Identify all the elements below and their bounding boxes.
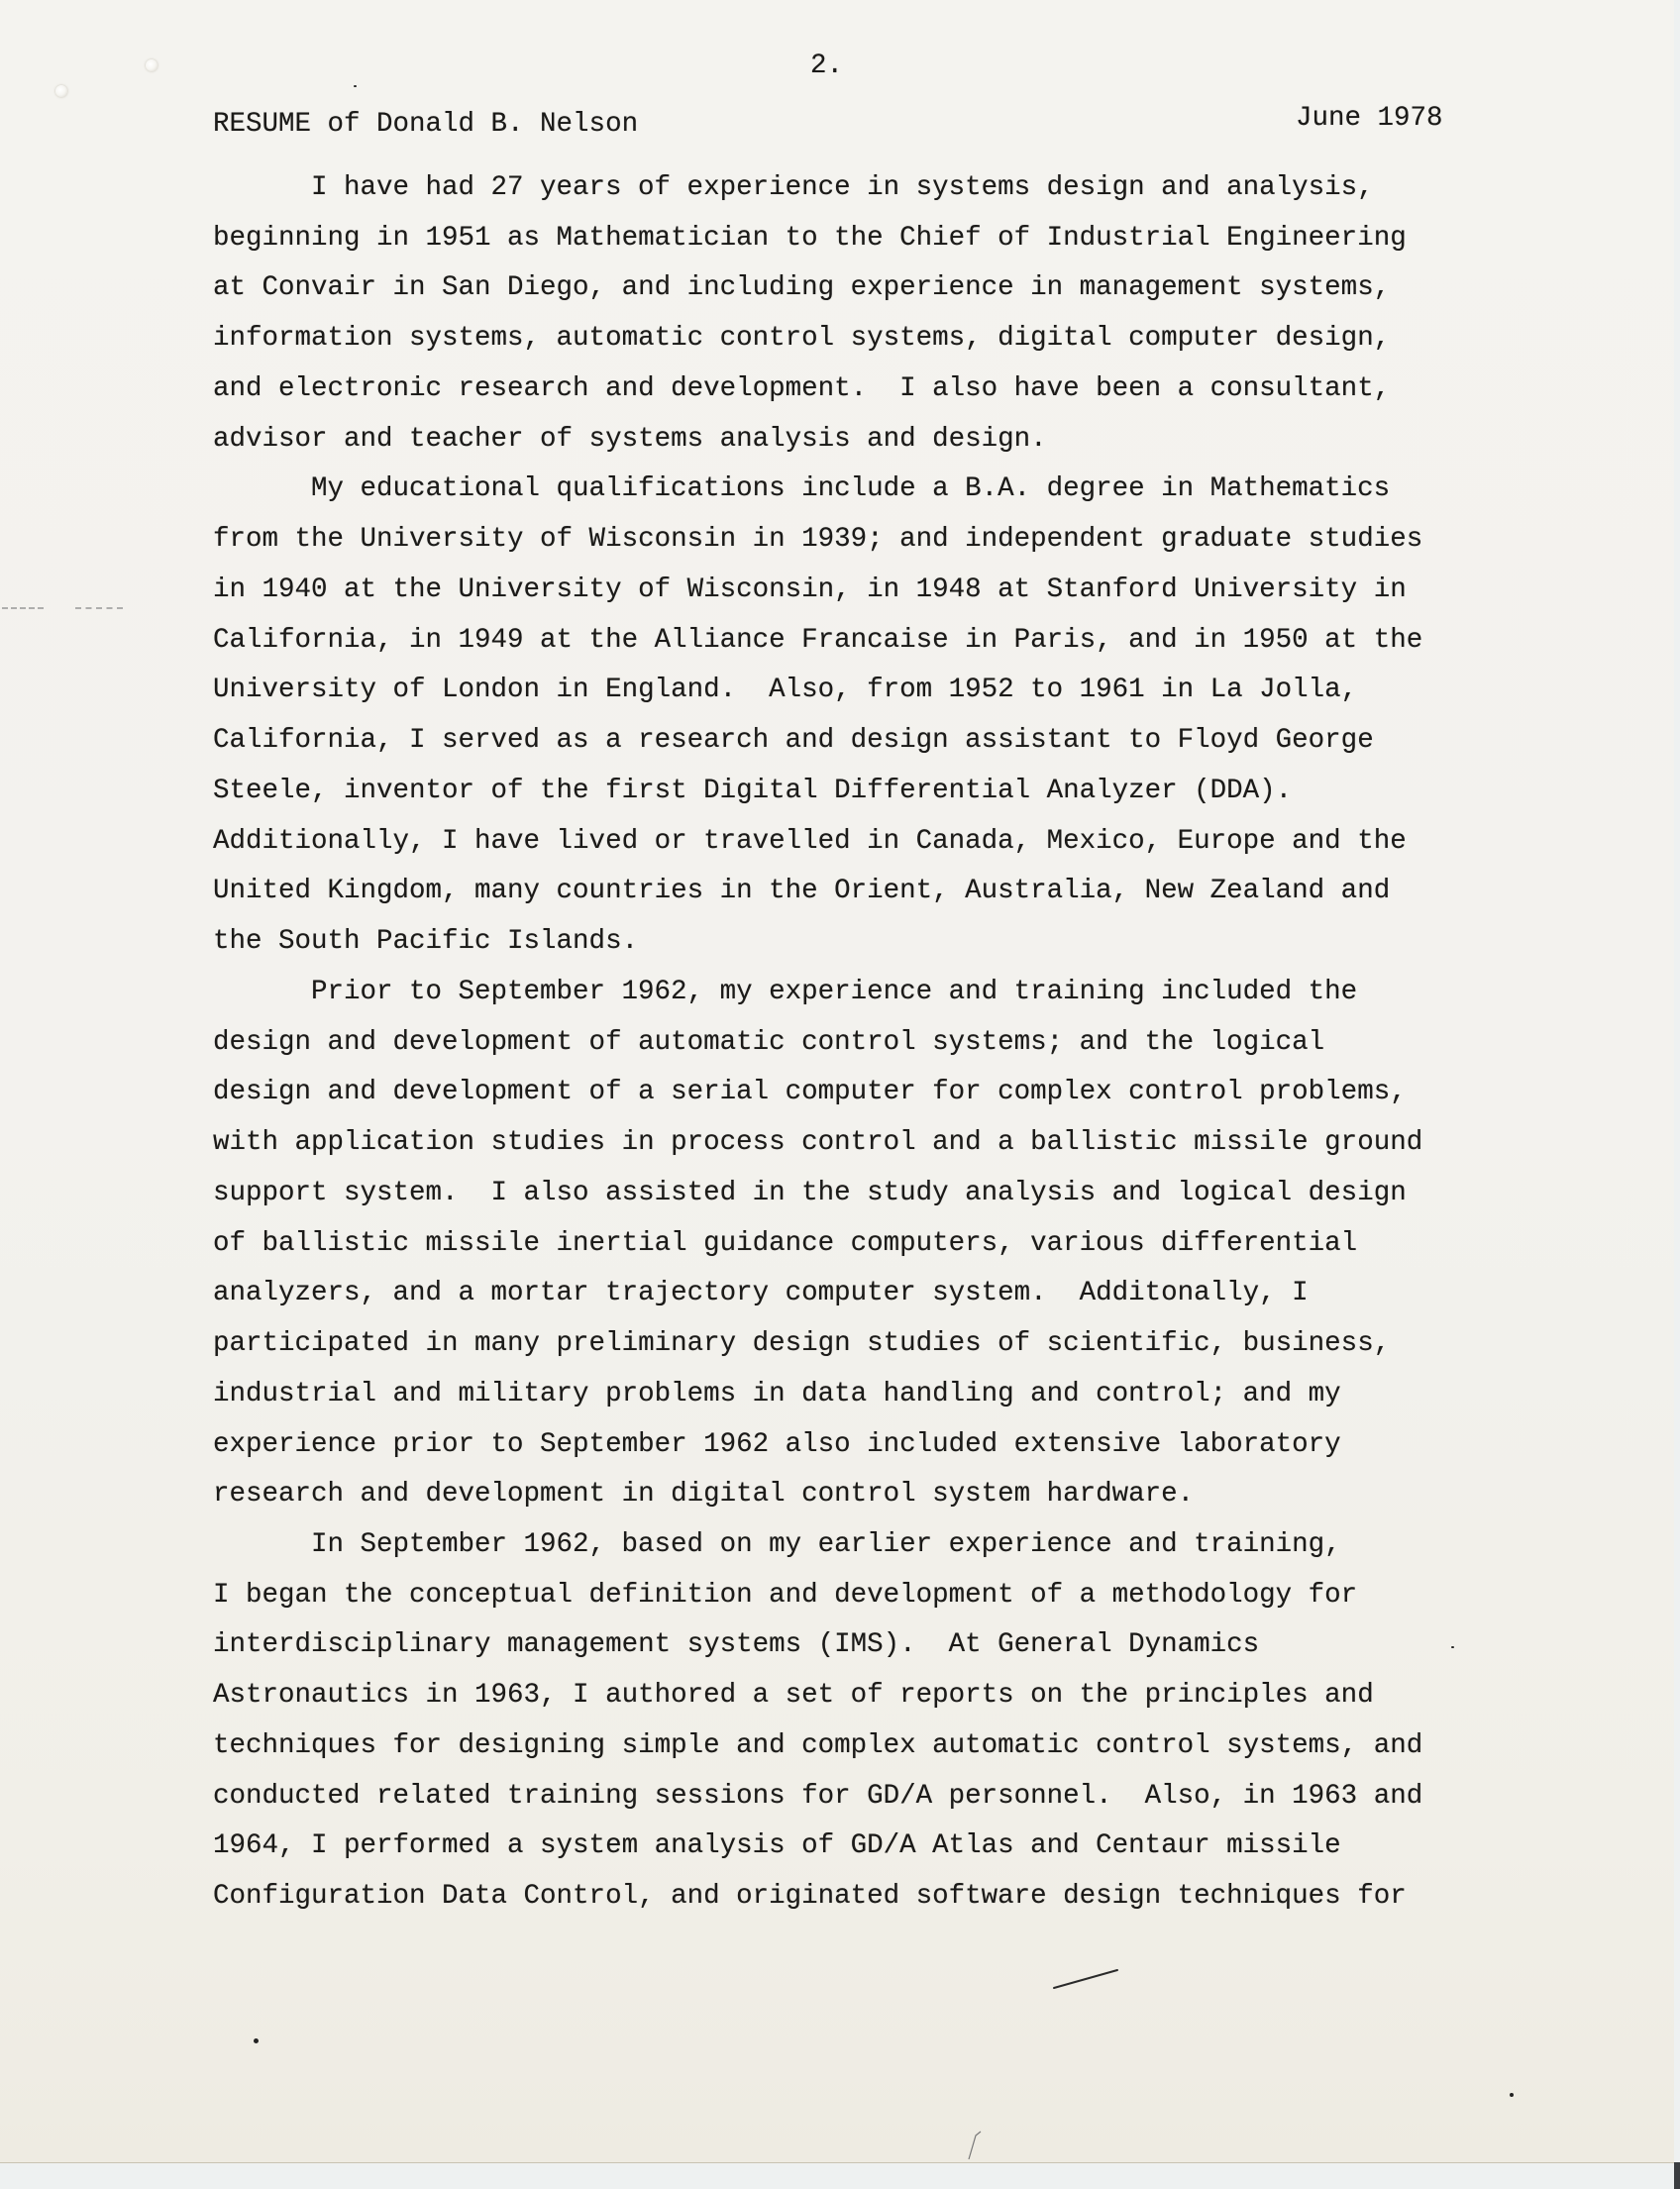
text-line: United Kingdom, many countries in the Or… (213, 878, 1390, 905)
text-line: design and development of a serial compu… (213, 1079, 1407, 1106)
text-line: from the University of Wisconsin in 1939… (213, 526, 1422, 554)
text-line: Steele, inventor of the first Digital Di… (213, 778, 1292, 805)
text-line: beginning in 1951 as Mathematician to th… (213, 225, 1407, 253)
text-line: I began the conceptual definition and de… (213, 1582, 1357, 1610)
text-line: in 1940 at the University of Wisconsin, … (213, 576, 1407, 604)
text-line: participated in many preliminary design … (213, 1330, 1390, 1358)
resume-title: RESUME of Donald B. Nelson (213, 111, 638, 139)
margin-dash-mark (2, 607, 44, 610)
text-line: support system. I also assisted in the s… (213, 1180, 1407, 1207)
text-line: analyzers, and a mortar trajectory compu… (213, 1280, 1309, 1307)
text-line: Additionally, I have lived or travelled … (213, 828, 1407, 856)
text-line: In September 1962, based on my earlier e… (311, 1531, 1341, 1559)
text-line: the South Pacific Islands. (213, 928, 638, 956)
ink-speck (354, 85, 357, 87)
ink-speck (1510, 2093, 1514, 2097)
scan-edge (1674, 2162, 1680, 2189)
text-line: techniques for designing simple and comp… (213, 1732, 1422, 1760)
text-line: conducted related training sessions for … (213, 1783, 1422, 1811)
text-line: California, I served as a research and d… (213, 727, 1374, 755)
text-line: I have had 27 years of experience in sys… (311, 174, 1374, 202)
text-line: Prior to September 1962, my experience a… (311, 979, 1357, 1006)
text-line: of ballistic missile inertial guidance c… (213, 1230, 1357, 1258)
page-number: 2. (810, 52, 843, 80)
text-line: with application studies in process cont… (213, 1129, 1422, 1157)
pen-stroke-mark (966, 2128, 986, 2161)
text-line: Configuration Data Control, and originat… (213, 1883, 1407, 1911)
ink-speck (1451, 1646, 1454, 1648)
text-line: research and development in digital cont… (213, 1481, 1194, 1509)
text-line: Astronautics in 1963, I authored a set o… (213, 1682, 1374, 1710)
text-line: at Convair in San Diego, and including e… (213, 274, 1390, 302)
text-line: experience prior to September 1962 also … (213, 1431, 1341, 1459)
text-line: design and development of automatic cont… (213, 1029, 1324, 1057)
document-page: 2. RESUME of Donald B. Nelson June 1978 … (0, 0, 1674, 2163)
text-line: information systems, automatic control s… (213, 325, 1390, 353)
ink-speck (254, 2038, 259, 2043)
resume-date: June 1978 (1296, 105, 1443, 133)
text-line: My educational qualifications include a … (311, 475, 1390, 503)
margin-dash-mark (75, 607, 123, 610)
text-line: and electronic research and development.… (213, 375, 1390, 403)
pen-stroke-mark (1050, 1966, 1124, 1992)
staple-hole-mark (55, 85, 67, 97)
text-line: advisor and teacher of systems analysis … (213, 426, 1047, 454)
staple-hole-mark (146, 59, 157, 71)
text-line: industrial and military problems in data… (213, 1381, 1341, 1408)
text-line: 1964, I performed a system analysis of G… (213, 1832, 1341, 1860)
text-line: University of London in England. Also, f… (213, 677, 1357, 704)
text-line: California, in 1949 at the Alliance Fran… (213, 627, 1422, 655)
text-line: interdisciplinary management systems (IM… (213, 1631, 1259, 1659)
